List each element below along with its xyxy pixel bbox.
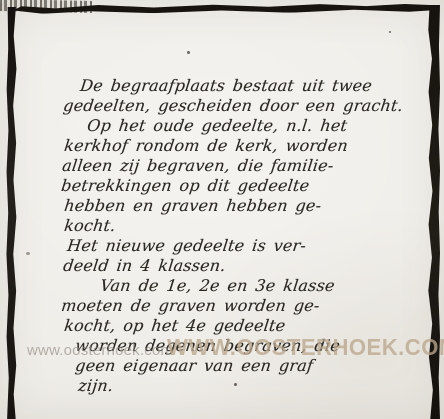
scanned-page: De begraafplaats bestaat uit twee gedeel… [0, 0, 444, 419]
ink-speck [187, 51, 190, 54]
manuscript-line-7: hebben en graven hebben ge- [63, 196, 428, 216]
manuscript-line-1: De begraafplaats bestaat uit twee [79, 76, 428, 96]
manuscript-line-4: kerkhof rondom de kerk, worden [63, 136, 428, 156]
scan-edge-left [6, 7, 17, 419]
manuscript-line-6: betrekkingen op dit gedeelte [60, 176, 428, 196]
manuscript-line-9: Het nieuwe gedeelte is ver- [66, 236, 428, 256]
manuscript-line-11: Van de 1e, 2e en 3e klasse [99, 276, 428, 296]
manuscript-line-2: gedeelten, gescheiden door een gracht. [62, 96, 428, 116]
ink-speck [26, 252, 30, 255]
watermark-small: www.oosterhoek.com [27, 342, 173, 359]
manuscript-line-3: Op het oude gedeelte, n.l. het [86, 116, 428, 136]
manuscript-line-8: kocht. [63, 216, 428, 236]
watermark-large: WWW.OOSTERHOEK.COM [167, 334, 444, 361]
manuscript-line-16: zijn. [77, 376, 428, 396]
manuscript-line-12: moeten de graven worden ge- [60, 296, 428, 316]
manuscript-line-13: kocht, op het 4e gedeelte [63, 316, 428, 336]
ink-speck [389, 31, 391, 33]
manuscript-line-10: deeld in 4 klassen. [62, 256, 428, 276]
manuscript-line-5: alleen zij begraven, die familie- [61, 156, 428, 176]
